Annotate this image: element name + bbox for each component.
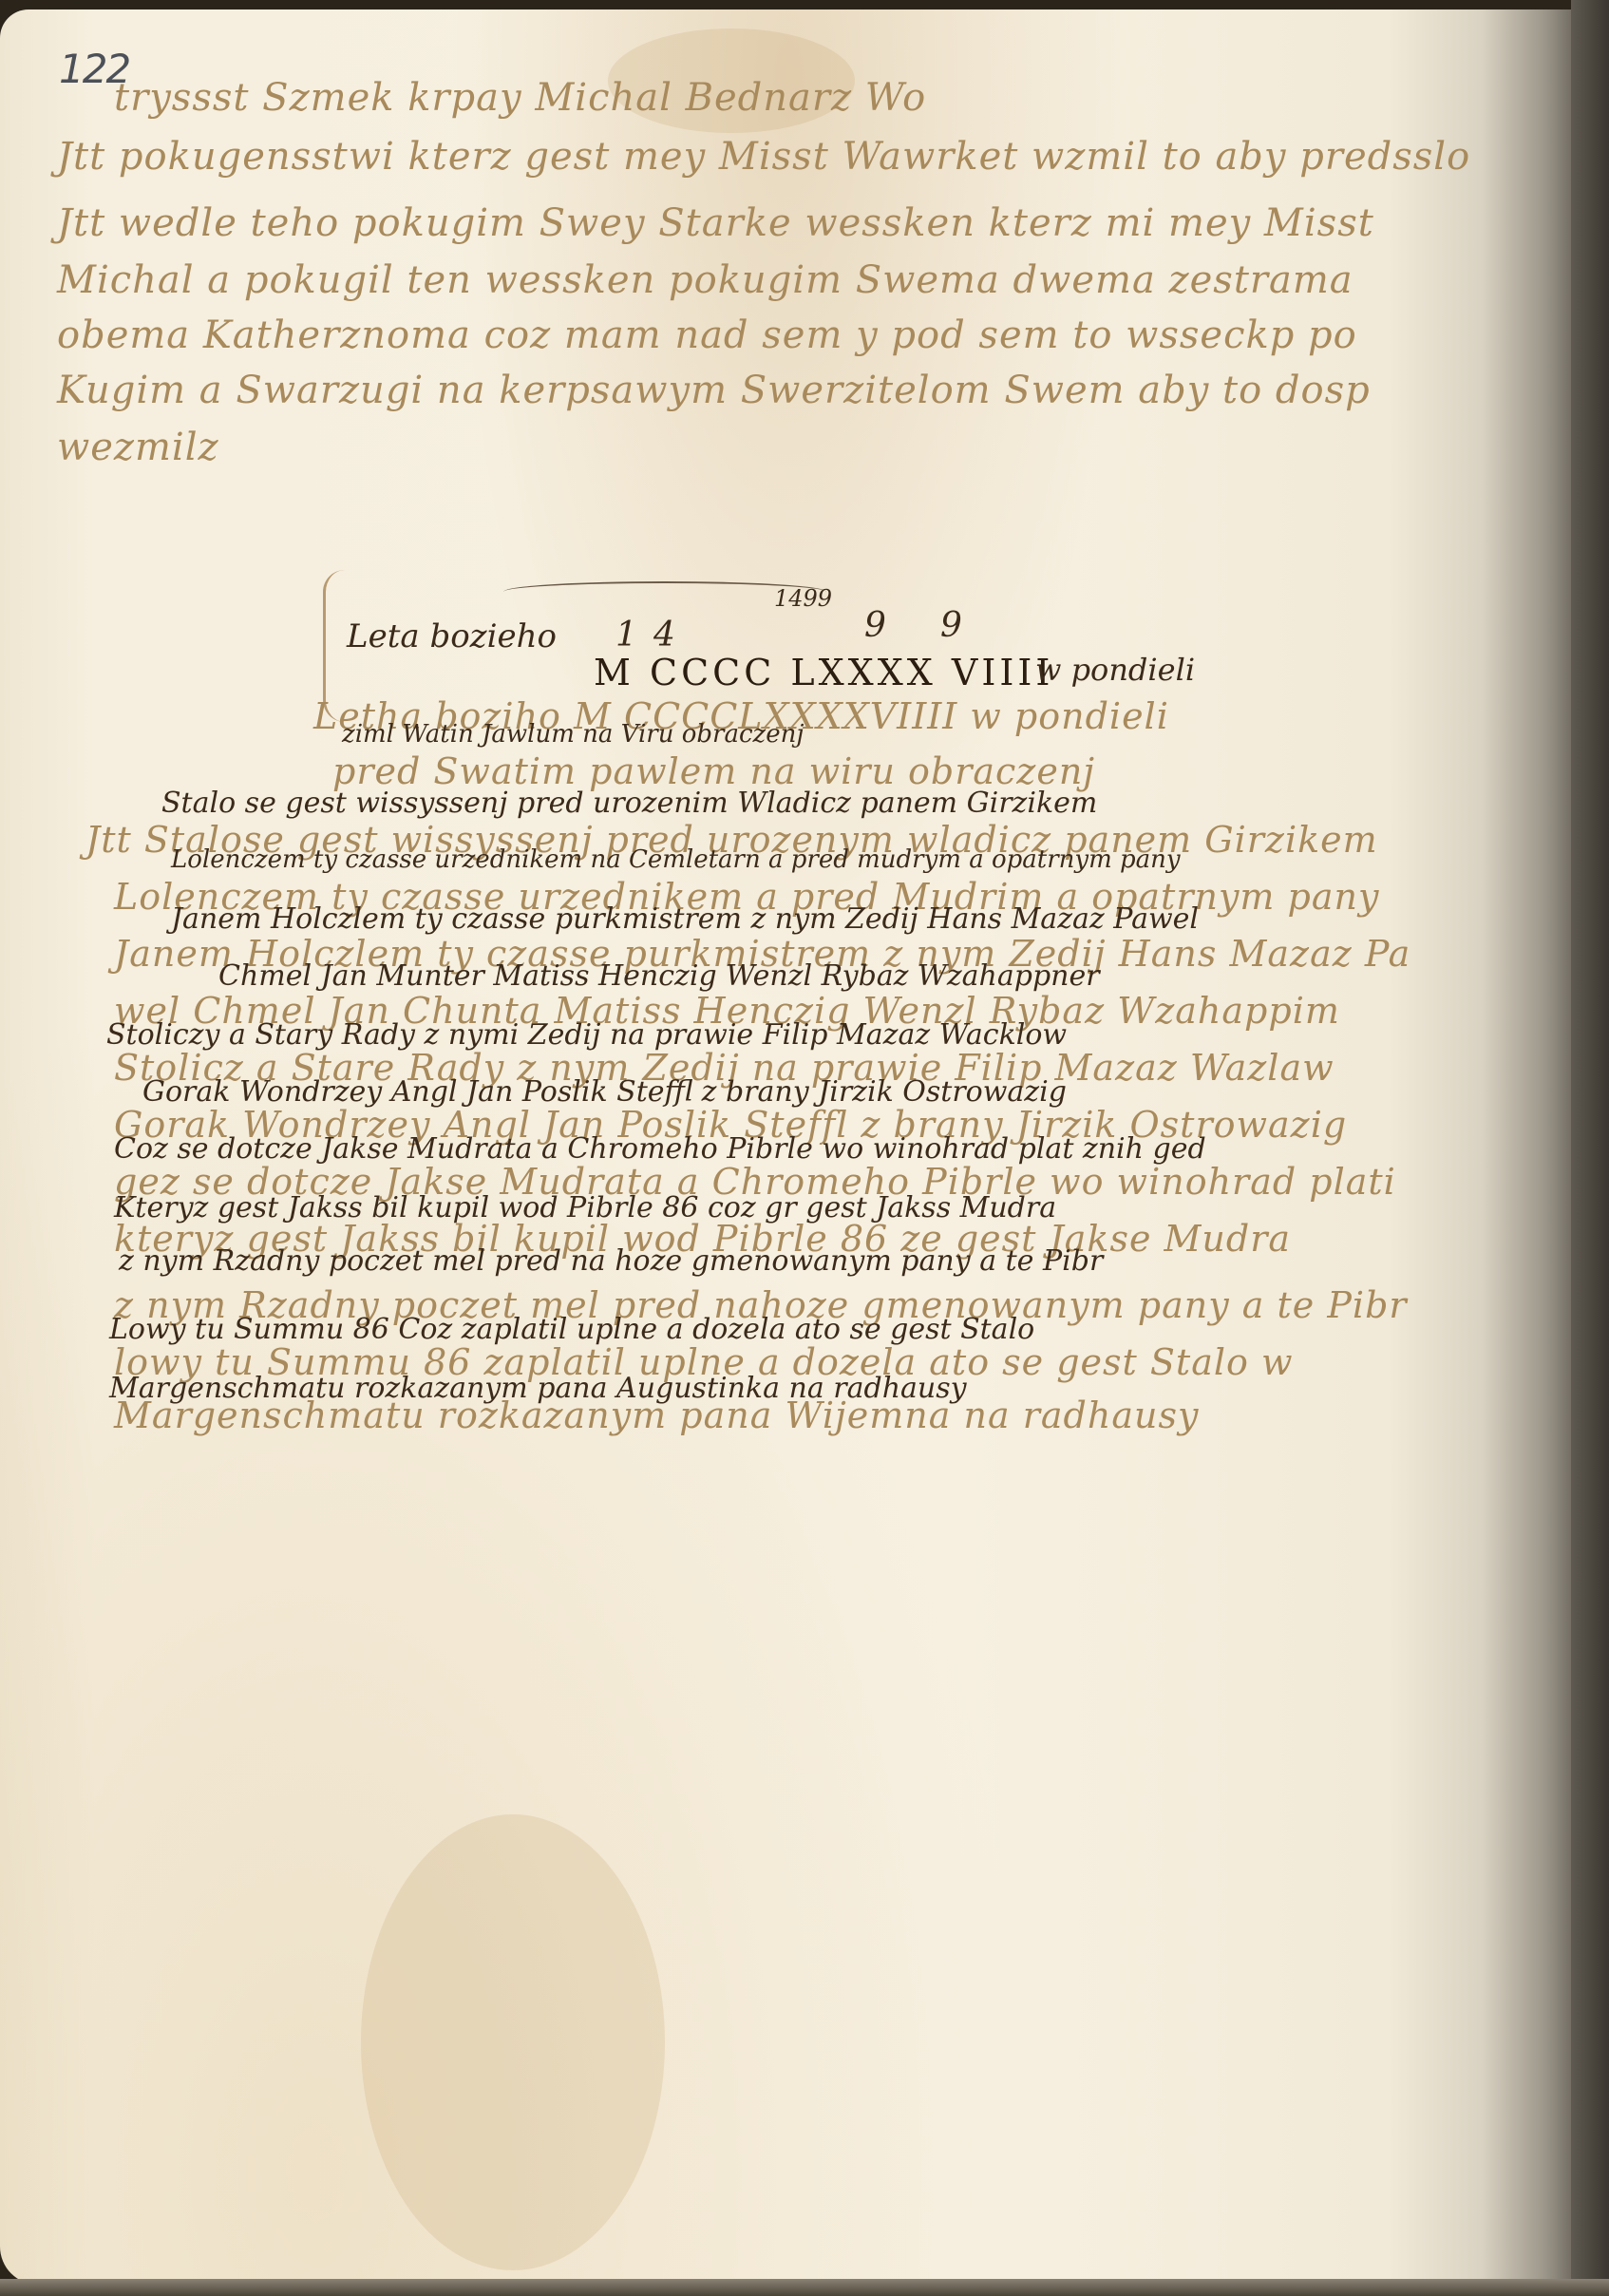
book-spine (1571, 0, 1609, 2296)
dark-line: Lolenczem ty czasse urzednikem na Cemlet… (171, 845, 1181, 874)
water-stain (361, 1814, 665, 2270)
date-digit: 9 (864, 606, 886, 645)
dark-line: Kteryz gest Jakss bil kupil wod Pibrle 8… (114, 1191, 1056, 1224)
upper-line: Jtt pokugensstwi kterz gest mey Misst Wa… (57, 135, 1470, 179)
dark-line: Gorak Wondrzey Angl Jan Poslik Steffl z … (142, 1075, 1067, 1109)
dark-line: Chmel Jan Munter Matiss Henczig Wenzl Ry… (218, 959, 1100, 993)
date-suffix: w pondieli (1035, 652, 1195, 688)
page-bottom-edge (0, 2279, 1609, 2296)
date-prefix: Leta bozieho (347, 617, 557, 655)
upper-line: tryssst Szmek krpay Michal Bednarz Wo (114, 76, 926, 120)
date-digit: 9 (940, 606, 962, 645)
dark-line: Stoliczy a Stary Rady z nymi Zedij na pr… (106, 1018, 1067, 1052)
dark-line: Margenschmatu rozkazanym pana Augustinka… (109, 1372, 967, 1405)
dark-line: Stalo se gest wissyssenj pred urozenim W… (161, 787, 1097, 820)
upper-line: Kugim a Swarzugi na kerpsawym Swerzitelo… (57, 369, 1371, 412)
date-digit: 1 (615, 616, 637, 655)
dark-line: z nym Rzadny poczet mel pred na hoze gme… (119, 1244, 1103, 1278)
upper-line: Jtt wedle teho pokugim Swey Starke wessk… (57, 201, 1374, 245)
manuscript-page: 122 tryssst Szmek krpay Michal Bednarz W… (0, 9, 1577, 2285)
roman-year: M CCCC LXXXX VIIII (594, 652, 1053, 693)
upper-line: wezmilz (57, 426, 219, 469)
dark-line: Lowy tu Summu 86 Coz zaplatil uplne a do… (109, 1313, 1034, 1346)
dark-line: ziml Watin Jawlum na Viru obraczenj (342, 720, 804, 749)
upper-line: Michal a pokugil ten wessken pokugim Swe… (57, 258, 1353, 302)
dark-line: Janem Holczlem ty czasse purkmistrem z n… (171, 902, 1199, 936)
date-digit: 4 (653, 616, 675, 655)
upper-line: obema Katherznoma coz mam nad sem y pod … (57, 313, 1357, 357)
year-annotation: 1499 (774, 585, 832, 612)
dark-line: Coz se dotcze Jakse Mudrata a Chromeho P… (114, 1132, 1206, 1166)
